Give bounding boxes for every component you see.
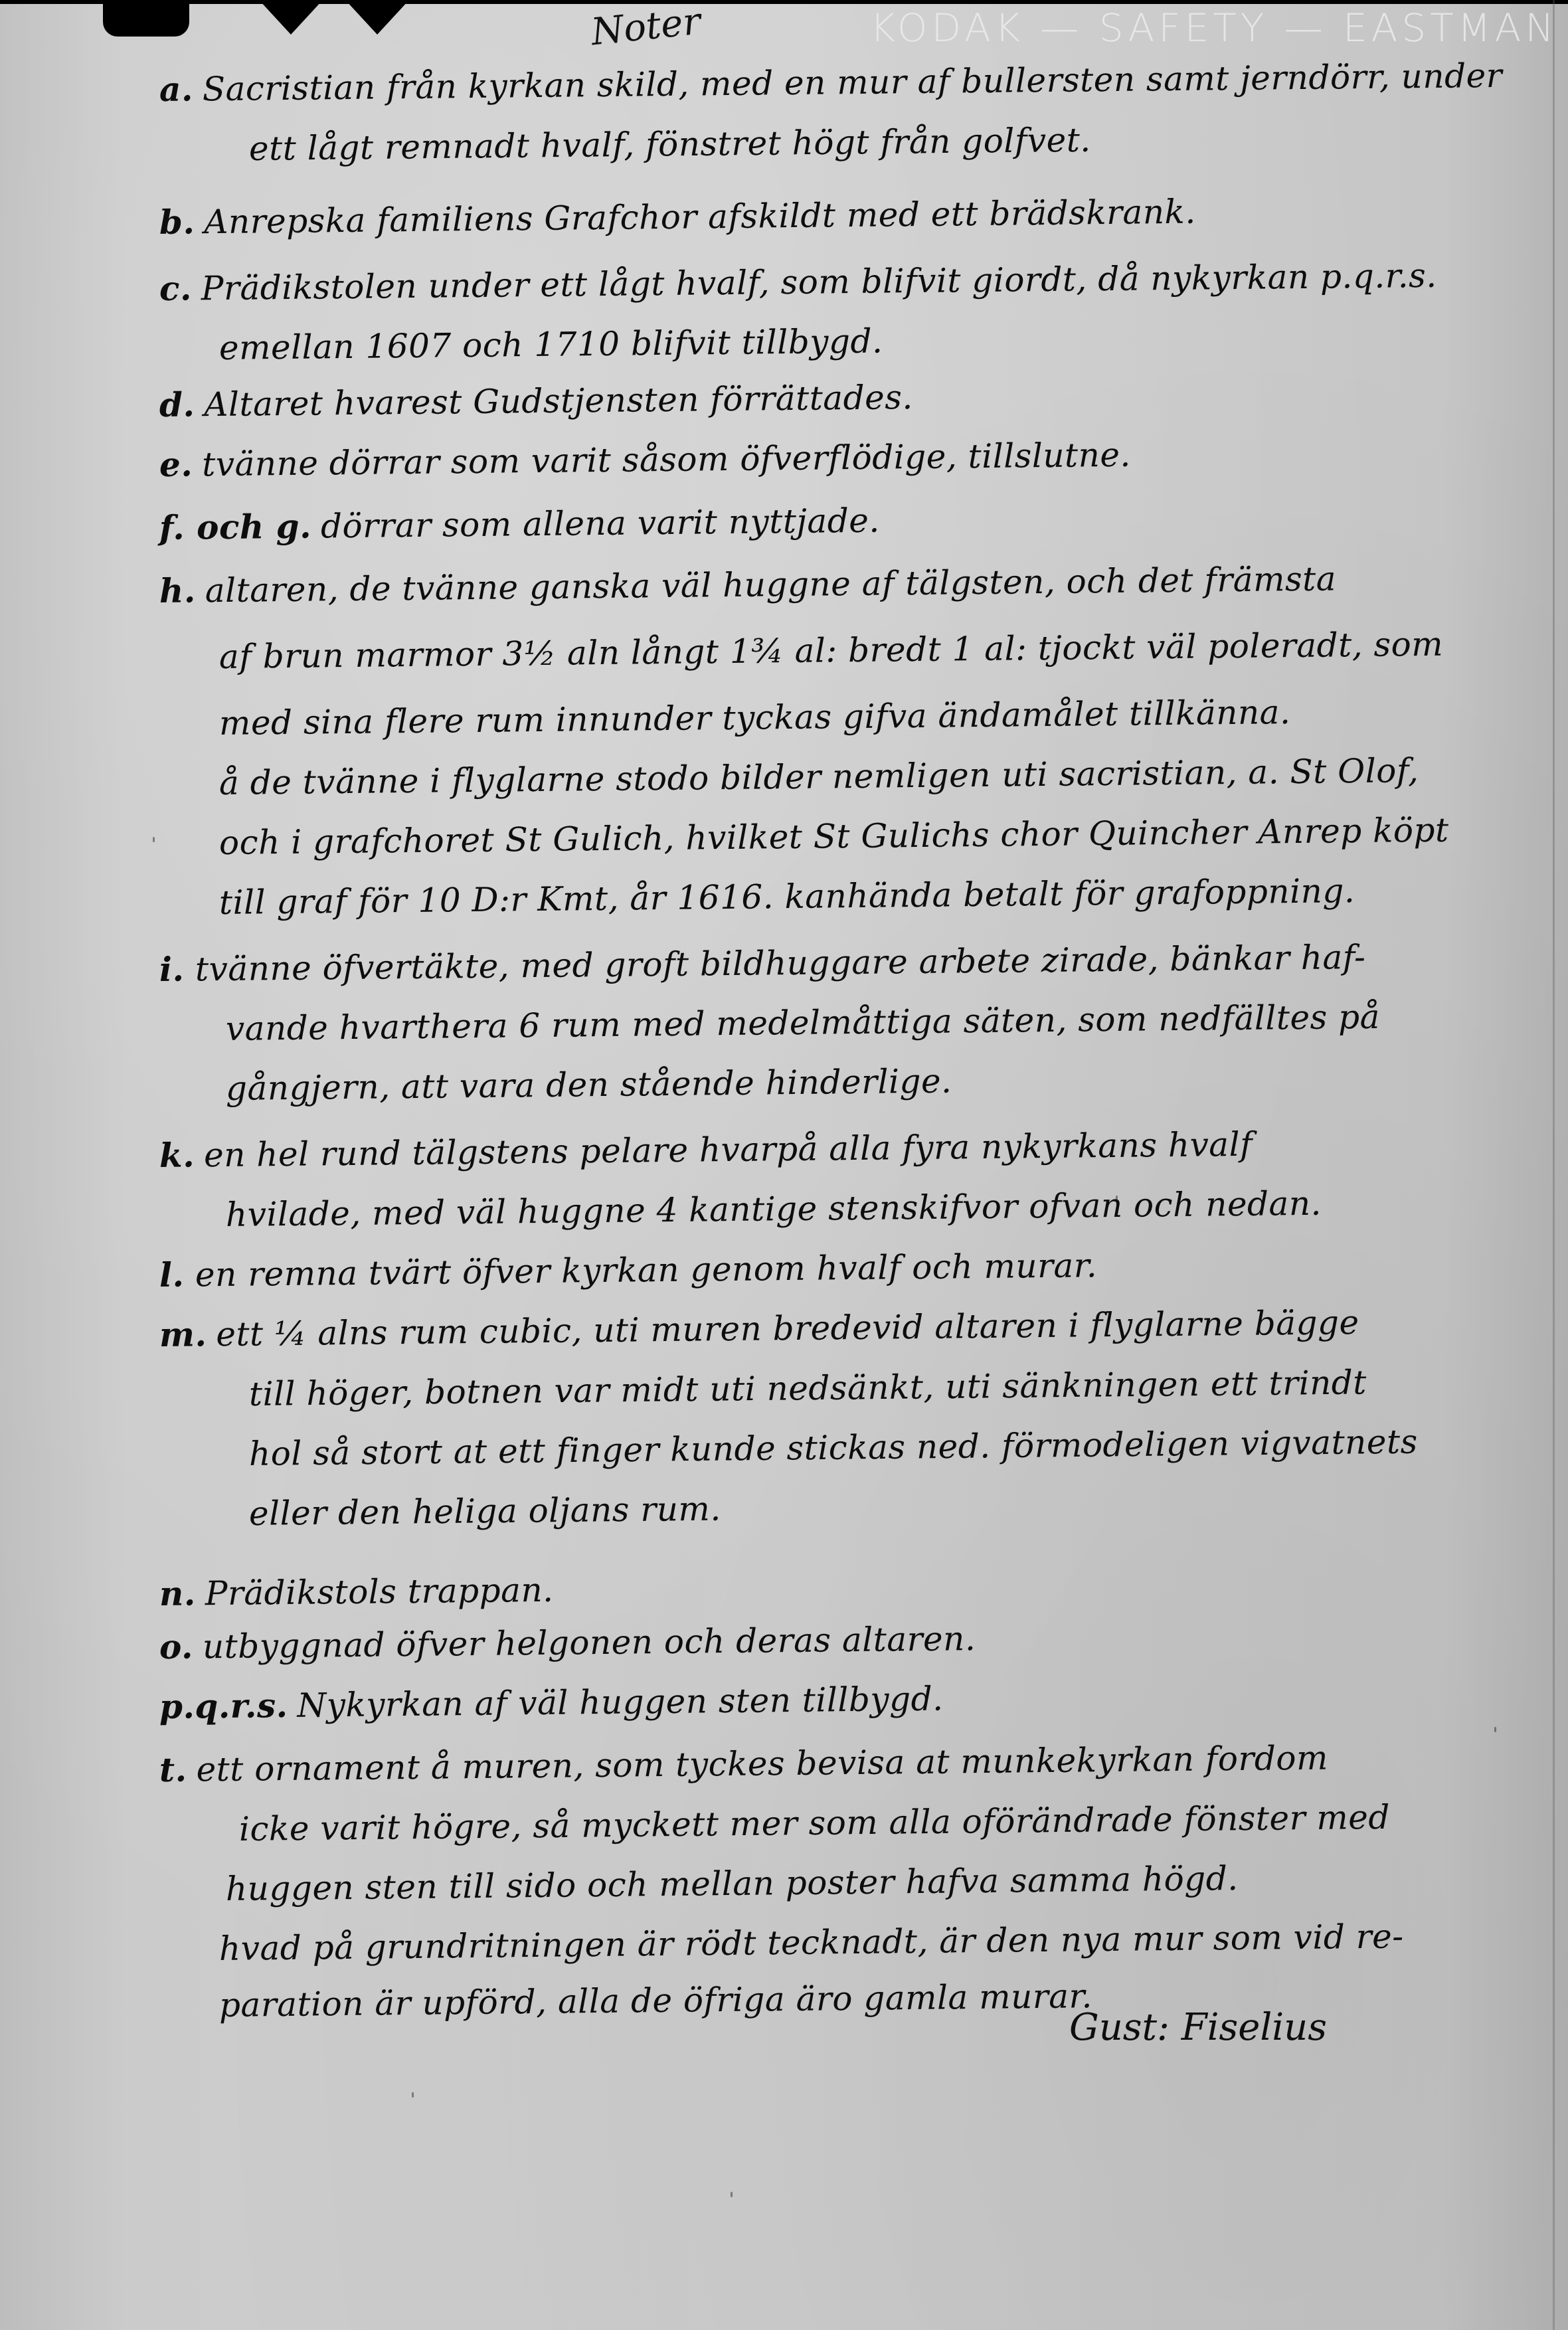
note-l: l.en remna tvärt öfver kyrkan genom hval… bbox=[159, 1245, 1098, 1295]
note-i-cont: gångjern, att vara den stående hinderlig… bbox=[226, 1062, 952, 1108]
note-n: n.Prädikstols trappan. bbox=[159, 1570, 554, 1613]
note-fg: f. och g.dörrar som allena varit nyttjad… bbox=[159, 501, 880, 547]
note-text: en remna tvärt öfver kyrkan genom hvalf … bbox=[195, 1246, 1098, 1294]
note-label: d. bbox=[159, 385, 195, 424]
note-text: Nykyrkan af väl huggen sten tillbygd. bbox=[297, 1680, 944, 1725]
note-label: c. bbox=[159, 268, 192, 308]
note-text: Anrepska familiens Grafchor afskildt med… bbox=[204, 193, 1196, 242]
note-h-cont: med sina flere rum innunder tyckas gifva… bbox=[219, 693, 1291, 743]
note-b: b.Anrepska familiens Grafchor afskildt m… bbox=[159, 192, 1196, 242]
signature: Gust: Fiselius bbox=[1069, 2006, 1327, 2049]
manuscript-page: KODAK — SAFETY — EASTMAN Noter a.Sacrist… bbox=[0, 0, 1568, 2330]
note-label: e. bbox=[159, 444, 193, 484]
note-t-cont: huggen sten till sido och mellan poster … bbox=[226, 1859, 1239, 1908]
note-label: o. bbox=[159, 1627, 194, 1666]
note-text: altaren, de tvänne ganska väl huggne af … bbox=[205, 559, 1336, 610]
note-pqrs: p.q.r.s.Nykyrkan af väl huggen sten till… bbox=[159, 1679, 944, 1726]
paper-speck bbox=[731, 2192, 733, 2197]
note-e: e.tvänne dörrar som varit såsom öfverflö… bbox=[159, 435, 1131, 484]
note-t: t.ett ornament å muren, som tyckes bevis… bbox=[159, 1738, 1328, 1789]
note-text: tvänne dörrar som varit såsom öfverflödi… bbox=[202, 436, 1131, 484]
note-a: a.Sacristian från kyrkan skild, med en m… bbox=[159, 56, 1503, 109]
note-m-cont: eller den heliga oljans rum. bbox=[249, 1490, 721, 1533]
note-text: utbyggnad öfver helgonen och deras altar… bbox=[203, 1619, 976, 1666]
paper-speck bbox=[1494, 1727, 1496, 1732]
paper-speck bbox=[153, 837, 155, 842]
note-label: n. bbox=[159, 1573, 196, 1613]
note-text: Prädikstols trappan. bbox=[205, 1571, 553, 1613]
note-text: tvänne öfvertäkte, med groft bildhuggare… bbox=[195, 938, 1366, 988]
note-c: c.Prädikstolen under ett lågt hvalf, som… bbox=[159, 256, 1437, 308]
note-text: Sacristian från kyrkan skild, med en mur… bbox=[203, 56, 1503, 108]
note-m-cont: till höger, botnen var midt uti nedsänkt… bbox=[249, 1363, 1367, 1413]
note-text: en hel rund tälgstens pelare hvarpå alla… bbox=[204, 1125, 1253, 1175]
note-t-cont: paration är upförd, alla de öfriga äro g… bbox=[219, 1977, 1092, 2024]
note-d: d.Altaret hvarest Gudstjensten förrättad… bbox=[159, 377, 913, 424]
note-h-cont: af brun marmor 3½ aln långt 1¾ al: bredt… bbox=[219, 625, 1444, 676]
note-label: t. bbox=[159, 1750, 187, 1789]
note-label: k. bbox=[159, 1135, 195, 1175]
note-i: i.tvänne öfvertäkte, med groft bildhugga… bbox=[159, 937, 1366, 989]
note-a-cont: ett lågt remnadt hvalf, fönstret högt fr… bbox=[249, 121, 1091, 168]
paper-speck bbox=[412, 2092, 414, 2098]
note-text: Altaret hvarest Gudstjensten förrättades… bbox=[204, 378, 913, 424]
note-o: o.utbyggnad öfver helgonen och deras alt… bbox=[159, 1619, 976, 1666]
note-h-cont: till graf för 10 D:r Kmt, år 1616. kanhä… bbox=[219, 871, 1355, 922]
note-h-cont: å de tvänne i flyglarne stodo bilder nem… bbox=[219, 751, 1419, 802]
note-text: ett ornament å muren, som tyckes bevisa … bbox=[196, 1739, 1328, 1789]
note-c-cont: emellan 1607 och 1710 blifvit tillbygd. bbox=[219, 322, 883, 367]
note-label: a. bbox=[159, 69, 193, 109]
note-h-cont: och i grafchoret St Gulich, hvilket St G… bbox=[219, 811, 1449, 862]
paper-speck bbox=[1116, 1196, 1118, 1201]
note-label: m. bbox=[159, 1314, 207, 1354]
note-k-cont: hvilade, med väl huggne 4 kantige stensk… bbox=[226, 1184, 1322, 1234]
notes-list: a.Sacristian från kyrkan skild, med en m… bbox=[0, 0, 1568, 2330]
note-label: b. bbox=[159, 202, 195, 242]
note-m-cont: hol så stort at ett finger kunde stickas… bbox=[249, 1423, 1418, 1473]
note-t-cont: icke varit högre, så myckett mer som all… bbox=[239, 1798, 1390, 1848]
note-text: ett ¼ alns rum cubic, uti muren bredevid… bbox=[216, 1303, 1359, 1354]
note-label: l. bbox=[159, 1255, 187, 1295]
note-label: h. bbox=[159, 571, 196, 610]
note-label: f. och g. bbox=[159, 507, 312, 547]
note-k: k.en hel rund tälgstens pelare hvarpå al… bbox=[159, 1124, 1253, 1175]
note-t-cont: hvad på grundritningen är rödt tecknadt,… bbox=[219, 1917, 1404, 1968]
note-h: h.altaren, de tvänne ganska väl huggne a… bbox=[159, 559, 1337, 610]
note-label: i. bbox=[159, 950, 187, 989]
note-label: p.q.r.s. bbox=[159, 1686, 288, 1726]
note-m: m.ett ¼ alns rum cubic, uti muren bredev… bbox=[159, 1302, 1359, 1354]
note-text: Prädikstolen under ett lågt hvalf, som b… bbox=[201, 256, 1437, 308]
note-text: dörrar som allena varit nyttjade. bbox=[321, 501, 880, 546]
note-i-cont: vande hvarthera 6 rum med medelmåttiga s… bbox=[226, 998, 1380, 1048]
